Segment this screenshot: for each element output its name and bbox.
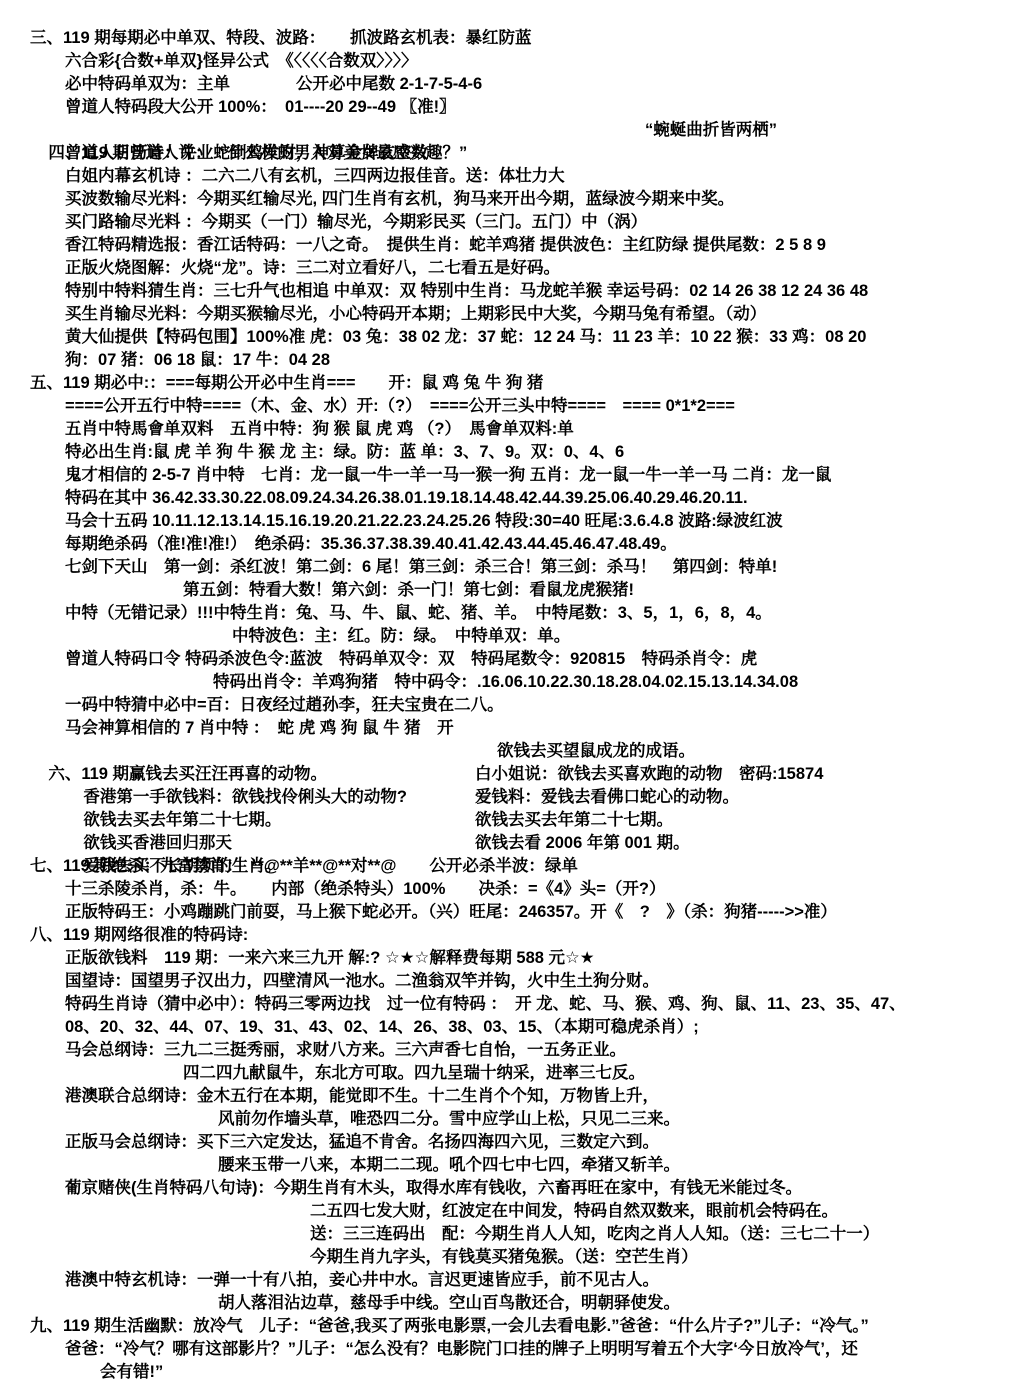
text-line: 马会总纲诗：三九二三挺秀丽，求财八方来。三六声香七自怡，一五务正业。 (0, 1039, 1014, 1062)
text-line: 特别中特料猜生肖：三七升气也相追 中单双：双 特别中生肖：马龙蛇羊猴 幸运号码：… (0, 280, 1014, 303)
text-line: 爸爸：“冷气？哪有这部影片？”儿子：“怎么没有？电影院门口挂的牌子上明明写着五个… (0, 1338, 1014, 1361)
lottery-tip-sheet: 三、119 期每期必中单双、特段、波路： 抓波路玄机表：暴红防蓝 六合彩{合数+… (0, 0, 1014, 1384)
text-line: 买生肖输尽光料：今期买猴输尽光，小心特码开本期；上期彩民中大奖，今期马兔有希望。… (0, 303, 1014, 326)
text-line: 二五四七发大财，红波定在中间发，特码自然双数来，眼前机会特码在。 (0, 1200, 1014, 1223)
text-line: 08、20、32、44、07、19、31、43、02、14、26、38、03、1… (0, 1016, 1014, 1039)
text-line: 第五剑：特看大数！第六剑：杀一门！第七剑：看鼠龙虎猴猪! (0, 579, 1014, 602)
text-line: 一码中特猜中必中=百：日夜经过趙孙李，狂夫宝贵在二八。 (0, 694, 1014, 717)
text-line: 每期绝杀码（准!准!准!） 绝杀码：35.36.37.38.39.40.41.4… (0, 533, 1014, 556)
two-column-row: 欲钱去买去年第二十七期。 爱钱料：爱钱去看佛口蛇心的动物。 (0, 786, 1014, 809)
two-column-row: 欲钱买香港回归那天 欲钱去买去年第二十七期。 (0, 809, 1014, 832)
text-line: 马会十五码 10.11.12.13.14.15.16.19.20.21.22.2… (0, 510, 1014, 533)
section-8-heading: 八、119 期网络很准的特码诗: (0, 924, 1014, 947)
text-line: 国望诗：国望男子汉出力，四壁清风一池水。二渔翁双竿并钩，火中生土狗分财。 (0, 970, 1014, 993)
text-line: 鬼才相信的 2-5-7 肖中特 七肖：龙一鼠一牛一羊一马一猴一狗 五肖：龙一鼠一… (0, 464, 1014, 487)
text-line: 今期生肖九字头，有钱莫买猪兔猴。（送：空芒生肖） (0, 1246, 1014, 1269)
text-line: 四二四九献鼠牛，东北方可取。四九呈瑞十纳采，进率三七反。 (0, 1062, 1014, 1085)
text-line: 爱钱料：爱钱去看佛口蛇心的动物。 (475, 786, 739, 809)
section-3-heading: 三、119 期每期必中单双、特段、波路： 抓波路玄机表：暴红防蓝 (0, 27, 1014, 50)
text-line: 七剑下天山 第一剑：杀红波！第二剑：6 尾！第三剑：杀三合！第三剑：杀马！ 第四… (0, 556, 1014, 579)
text-line: 中特波色：主：红。防：绿。 中特单双：单。 (0, 625, 1014, 648)
text-line: 香江特码精选报：香江话特码：一八之奇。 提供生肖：蛇羊鸡猪 提供波色：主红防绿 … (0, 234, 1014, 257)
text-line: 特码生肖诗（猜中必中）：特码三零两边找 过一位有特码 ： 开 龙、蛇、马、猴、鸡… (0, 993, 1014, 1016)
text-line: 葡京赌侠(生肖特码八句诗)：今期生肖有木头，取得水库有钱收，六畜再旺在家中，有钱… (0, 1177, 1014, 1200)
text-line: 五肖中特馬會单双料 五肖中特：狗 猴 鼠 虎 鸡 （?） 馬會单双料:单 (0, 418, 1014, 441)
text-line: 特码出肖令：羊鸡狗猪 特中码令：.16.06.10.22.30.18.28.04… (0, 671, 1014, 694)
text-line: 正版马会总纲诗：买下三六定发达，猛追不肯舍。名扬四海四六见，三数定六到。 (0, 1131, 1014, 1154)
text-line: 正版欲钱料 119 期：一来六来三九开 解:? ☆★☆解释费每期 588 元☆★ (0, 947, 1014, 970)
text-line: 港澳联合总纲诗：金木五行在本期，能觉即不生。十二生肖个个知，万物皆上升， (0, 1085, 1014, 1108)
text-line: 胡人落泪沾边草，慈母手中线。空山百鸟散还合，明朝驿使发。 (0, 1292, 1014, 1315)
text-line: 白小姐说：欲钱去买喜欢跑的动物 密码:15874 (475, 763, 823, 786)
section-6-heading: 六、119 期赢钱去买汪汪再喜的动物。 欲钱去买望鼠成龙的成语。 (0, 740, 1014, 763)
section-9-heading: 九、119 期生活幽默：放冷气 儿子：“爸爸,我买了两张电影票,一会儿去看电影.… (0, 1315, 1014, 1338)
text-line: ====公开五行中特====（木、金、水）开:（?） ====公开三头中特===… (0, 395, 1014, 418)
two-column-row: 爱钱去买不长胡须的生肖。 欲钱去看 2006 年第 001 期。 (0, 832, 1014, 855)
text-line: 正版火烧图解：火烧“龙”。诗：三二对立看好八，二七看五是好码。 (0, 257, 1014, 280)
two-column-row: 香港第一手欲钱料：欲钱找伶俐头大的动物? 白小姐说：欲钱去买喜欢跑的动物 密码:… (0, 763, 1014, 786)
text-line: 曾道人特码段大公开 100%： 01----20 29--49 〖准!〗 (0, 96, 1014, 119)
text-line: 白姐内幕玄机诗 ：二六二八有玄机，三四两边报佳音。送：体壮力大 (0, 165, 1014, 188)
text-line: 欲钱去看 2006 年第 001 期。 (475, 832, 690, 855)
text-line: 买门路输尽光料 ：今期买（一门）输尽光，今期彩民买（三门。五门）中（涡） (0, 211, 1014, 234)
text-line: 欲钱去买去年第二十七期。 (475, 809, 673, 832)
text-line: 六合彩{合数+单双}怪异公式 《〈〈〈〈合数双〉〉〉〉 (0, 50, 1014, 73)
text-line: 马会神算相信的 7 肖中特 ： 蛇 虎 鸡 狗 鼠 牛 猪 开 (0, 717, 1014, 740)
right-quote-text: “蜿蜒曲折皆两栖” (645, 119, 777, 142)
text-line: 必中特码单双为：主单 公开必中尾数 2-1-7-5-4-6 (0, 73, 1014, 96)
text-line: 风前勿作墙头草，唯恐四二分。雪中应学山上松，只见二三来。 (0, 1108, 1014, 1131)
section-7-heading: 七、119 期绝杀：九宫禁肖： **@**羊**@**对**@ 公开必杀半波：绿… (0, 855, 1014, 878)
text-line: 曾道人特码口令 特码杀波色令:蓝波 特码单双令：双 特码尾数令：920815 特… (0, 648, 1014, 671)
text-line: 特码在其中 36.42.33.30.22.08.09.24.34.26.38.0… (0, 487, 1014, 510)
text-line: 会有错!” (0, 1361, 1014, 1384)
text-line: 买波数输尽光料：今期买红输尽光, 四门生肖有玄机，狗马来开出今期，蓝绿波今期来中… (0, 188, 1014, 211)
text-line: 腰来玉带一八来，本期二二现。吼个四七中七四，牵猪又斩羊。 (0, 1154, 1014, 1177)
section-4-heading: 四、119 期曾道人说： “什么样的男人对美女最感兴趣？” “蜿蜒曲折皆两栖” (0, 119, 1014, 142)
text-line: 港澳中特玄机诗：一弹一十有八拍，妾心井中水。言迟更速皆应手，前不见古人。 (0, 1269, 1014, 1292)
text-line: 送：三三连码出 配：今期生肖人人知，吃肉之肖人人知。（送：三七二十一） (0, 1223, 1014, 1246)
text-line: 狗：07 猪：06 18 鼠：17 牛：04 28 (0, 349, 1014, 372)
text-line: 欲钱去买望鼠成龙的成语。 (497, 740, 695, 763)
section-5-heading: 五、119 期必中:：===每期公开必中生肖=== 开：鼠 鸡 兔 牛 狗 猪 (0, 372, 1014, 395)
text-line: 中特（无错记录）!!!中特生肖：兔、马、牛、鼠、蛇、猪、羊。 中特尾数：3、5，… (0, 602, 1014, 625)
text-line: 黄大仙提供【特码包围】100%准 虎：03 兔：38 02 龙：37 蛇：12 … (0, 326, 1014, 349)
text-line: 十三杀陵杀肖，杀：牛。 内部（绝杀特头）100% 决杀：=《4》头=（开?） (0, 878, 1014, 901)
text-line: 正版特码王：小鸡蹦跳门前耍，马上猴下蛇必开。（兴）旺尾：246357。开《 ? … (0, 901, 1014, 924)
text-line: 曾道人日历诗：牛业蛇到鸡发财，神算金牌玄空数 (0, 142, 1014, 165)
text-line: 特必出生肖:鼠 虎 羊 狗 牛 猴 龙 主：绿。防：蓝 单：3、7、9。双：0、… (0, 441, 1014, 464)
